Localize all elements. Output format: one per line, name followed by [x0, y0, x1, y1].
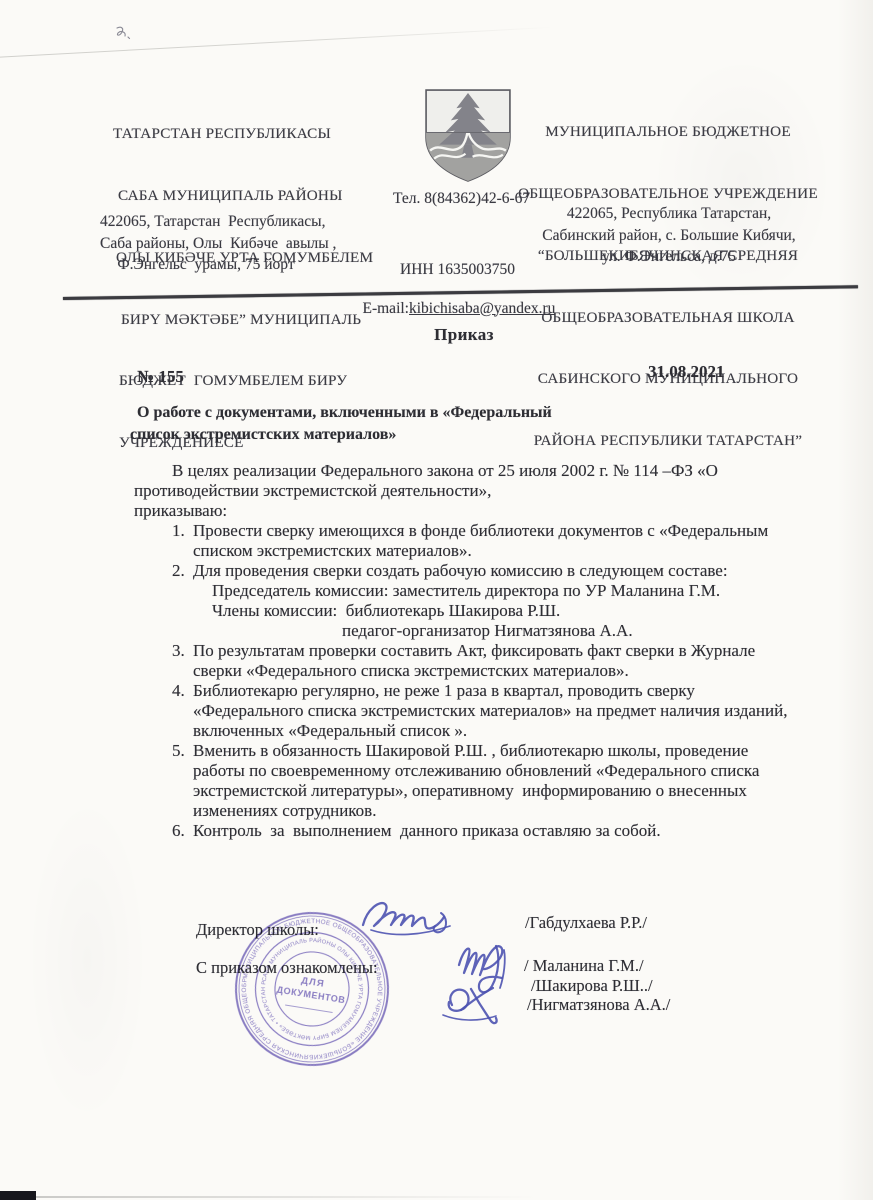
order-body: В целях реализации Федерального закона о…: [134, 461, 824, 841]
org-name-russian-line: МУНИЦИПАЛЬНОЕ БЮДЖЕТНОЕ: [500, 122, 836, 143]
list-item: 4.Библиотекарю регулярно, не реже 1 раза…: [134, 681, 824, 701]
intro-line: приказываю:: [134, 501, 824, 521]
phone-number: Тел. 8(84362)42-6-67: [393, 188, 530, 210]
org-name-tatar-line: САБА МУНИЦИПАЛЬ РАЙОНЫ: [113, 186, 398, 207]
order-date: 31.08.2021: [648, 362, 725, 382]
address-tatar-line: Саба районы, Олы Кибәче авылы ,: [100, 233, 312, 255]
order-subject-line: О работе с документами, включенными в «Ф…: [130, 402, 552, 424]
list-item-continuation: экстремистской литературы», оперативному…: [134, 781, 824, 801]
address-russian: 422065, Республика Татарстан, Сабинский …: [518, 203, 820, 268]
list-item-text: Библиотекарю регулярно, не реже 1 раза в…: [193, 681, 695, 700]
address-russian-line: ул. Ф.Энгельса, д.75: [518, 246, 820, 268]
intro-line: В целях реализации Федерального закона о…: [134, 461, 824, 481]
email-link[interactable]: kibichisaba@yandex.ru: [409, 300, 555, 317]
address-russian-line: 422065, Республика Татарстан,: [518, 203, 820, 225]
org-name-russian-line: ОБЩЕОБРАЗОВАТЕЛЬНОЕ УЧРЕЖДЕНИЕ: [500, 184, 836, 205]
order-number: № 155: [137, 367, 184, 387]
list-item-text: По результатам проверки составить Акт, ф…: [193, 641, 755, 660]
official-round-stamp: МУНИЦИПАЛЬНОЕ БЮДЖЕТНОЕ ОБЩЕОБРАЗОВАТЕЛЬ…: [222, 899, 403, 1080]
acknowledged-name: /Шакирова Р.Ш../: [524, 976, 670, 996]
acknowledged-name: / Маланина Г.М./: [524, 956, 670, 976]
svg-text:САБА МУНИЦИПАЛЬ РАЙОНЫ ОЛЫ КИБ: САБА МУНИЦИПАЛЬ РАЙОНЫ ОЛЫ КИБӘЧЕ УРТА Г…: [254, 929, 371, 1048]
commission-member-line: Члены комиссии: библиотекарь Шакирова Р.…: [134, 601, 824, 621]
email-label: E-mail:: [363, 300, 410, 317]
commission-member-line: Председатель комиссии: заместитель дирек…: [134, 581, 824, 601]
list-item-continuation: списком экстремистских материалов».: [134, 541, 824, 561]
list-item-number: 4.: [172, 681, 193, 701]
list-item: 2.Для проведения сверки создать рабочую …: [134, 561, 824, 581]
order-title: Приказ: [154, 325, 774, 345]
list-item-text: Провести сверку имеющихся в фонде библио…: [193, 521, 768, 540]
acknowledged-signature-2: [438, 985, 502, 1032]
scan-edge-bar: [0, 1191, 36, 1200]
director-name: /Габдулхаева Р.Р./: [525, 913, 647, 933]
acknowledged-names: / Маланина Г.М./ /Шакирова Р.Ш../ /Нигма…: [524, 956, 670, 1015]
scan-edge-shadow: [36, 1196, 536, 1198]
list-item: 6.Контроль за выполнением данного приказ…: [134, 821, 824, 841]
list-item-number: 6.: [172, 821, 193, 841]
order-subject: О работе с документами, включенными в «Ф…: [130, 402, 552, 446]
list-item-continuation: изменениях сотрудников.: [134, 801, 824, 821]
address-tatar-line: 422065, Татарстан Республикасы,: [100, 211, 312, 233]
order-subject-line: список экстремистских материалов»: [130, 424, 552, 446]
scanned-order-document: ТАТАРСТАН РЕСПУБЛИКАСЫ САБА МУНИЦИПАЛЬ Р…: [0, 0, 873, 1200]
stamp-center-text: ДЛЯ: [300, 975, 325, 990]
handwritten-mark: [112, 24, 134, 42]
list-item-continuation: «Федерального списка экстремистских мате…: [134, 701, 824, 721]
intro-line: противодействии экстремистской деятельно…: [134, 481, 824, 501]
list-item-continuation: работы по своевременному отслеживанию об…: [134, 761, 824, 781]
scan-artifact-line: [0, 27, 553, 59]
address-tatar: 422065, Татарстан Республикасы, Саба рай…: [100, 211, 312, 276]
list-item: 5.Вменить в обязанность Шакировой Р.Ш. ,…: [134, 741, 824, 761]
list-item-text: Для проведения сверки создать рабочую ко…: [193, 561, 728, 580]
stamp-inner-ring-text: САБА МУНИЦИПАЛЬ РАЙОНЫ ОЛЫ КИБӘЧЕ УРТА Г…: [254, 929, 371, 1048]
list-item-text: Контроль за выполнением данного приказа …: [193, 821, 661, 840]
list-item-number: 3.: [172, 641, 193, 661]
address-tatar-line: Ф.Энгельс урамы, 75 йорт: [100, 254, 312, 276]
list-item: 3.По результатам проверки составить Акт,…: [134, 641, 824, 661]
org-name-tatar-line: ТАТАРСТАН РЕСПУБЛИКАСЫ: [113, 124, 398, 145]
list-item-text: Вменить в обязанность Шакировой Р.Ш. , б…: [193, 741, 748, 760]
list-item-number: 1.: [172, 521, 193, 541]
list-item-continuation: включенных «Федеральный список ».: [134, 721, 824, 741]
address-russian-line: Сабинский район, с. Большие Кибячи,: [518, 225, 820, 247]
list-item-number: 2.: [172, 561, 193, 581]
acknowledged-name: /Нигматзянова А.А./: [524, 995, 670, 1015]
list-item: 1.Провести сверку имеющихся в фонде библ…: [134, 521, 824, 541]
list-item-number: 5.: [172, 741, 193, 761]
commission-member-line: педагог-организатор Нигматзянова А.А.: [134, 621, 824, 641]
list-item-continuation: сверки «Федерального списка экстремистск…: [134, 661, 824, 681]
